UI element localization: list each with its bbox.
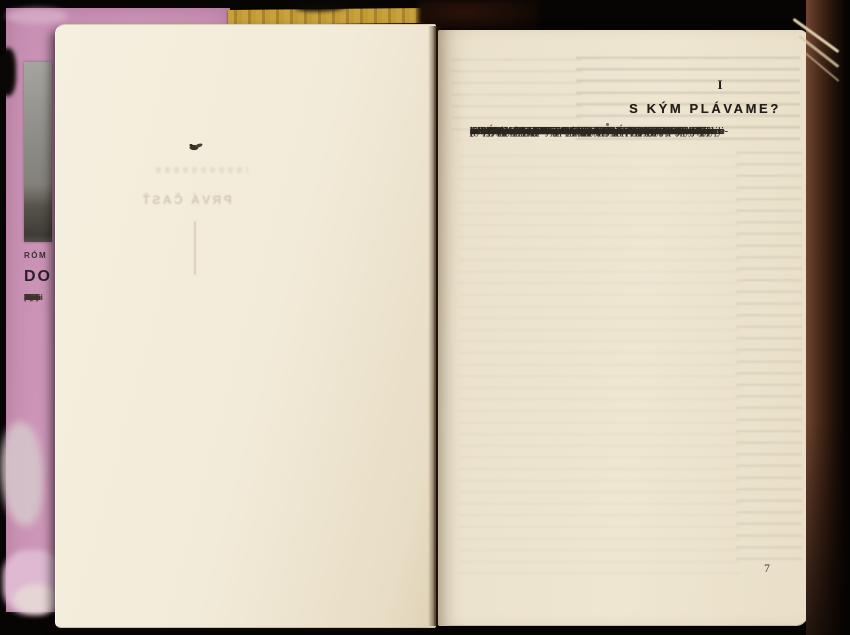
flap-series-label: RÓM — [24, 251, 47, 260]
jacket-tear-notch — [0, 48, 16, 96]
showthrough-mirrored-text: PRVÁ ČASŤ — [140, 193, 232, 207]
ink-speck — [188, 139, 204, 149]
body-line: Na žltých vodách Arauky a na stromoch, v… — [470, 126, 709, 138]
showthrough-smudge — [156, 167, 248, 173]
right-page: I S KÝM PLÁVAME? Proti prúdu rieky Arauk… — [438, 30, 808, 626]
chapter-number: I — [690, 77, 750, 93]
left-page: PRVÁ ČASŤ — [55, 24, 436, 628]
showthrough-texture — [458, 148, 740, 578]
jacket-worn-corner-highlight — [14, 584, 58, 614]
open-book-photo: RÓM DO Doňšíchklasitúryny čto ra kučitak… — [0, 0, 850, 635]
showthrough-texture — [736, 145, 802, 569]
chapter-title: S KÝM PLÁVAME? — [605, 101, 805, 116]
flap-blurb-line: rod — [24, 292, 38, 304]
flap-title-partial: DO — [24, 268, 52, 286]
paper-crease — [194, 221, 196, 275]
page-number: 7 — [756, 563, 778, 575]
jacket-tear-patch — [1, 422, 43, 526]
ink-speck-shape — [188, 142, 204, 152]
cover-right-shadow — [806, 420, 850, 635]
jacket-wear-mark — [6, 8, 68, 24]
flap-photo — [24, 62, 52, 242]
